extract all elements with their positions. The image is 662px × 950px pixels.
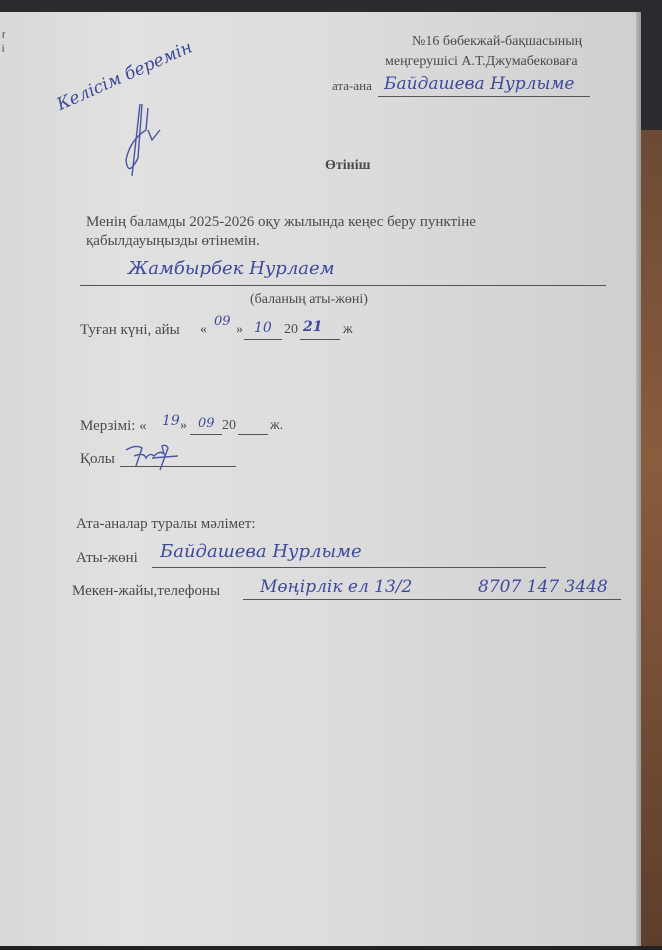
child-name-line: [80, 285, 606, 286]
background-surface: [640, 130, 662, 950]
parent-name-value: Байдашева Нурлыме: [160, 541, 362, 562]
dated-year-line: [238, 434, 268, 435]
birth-label: Туған күні, айы: [80, 322, 180, 339]
signature-label: Қолы: [80, 451, 115, 468]
dated-label: Мерзімі: «: [80, 418, 147, 435]
parent-name-handwritten: Байдашева Нурлыме: [384, 74, 574, 94]
birth-year-line: [300, 339, 340, 340]
request-line-1: Менің баламды 2025-2026 оқу жылында кеңе…: [86, 214, 476, 231]
birth-day: 09: [214, 314, 231, 329]
birth-month: 10: [254, 320, 272, 336]
dated-close-quote: »: [180, 418, 187, 434]
dated-month-line: [190, 434, 222, 435]
addressee-line-1: №16 бөбекжай-бақшасының: [412, 34, 582, 50]
birth-open-quote: «: [200, 322, 207, 338]
addressee-line-2: меңгерушісі А.Т.Джумабековаға: [385, 54, 578, 70]
edge-mark: і: [2, 44, 4, 55]
birth-year-suffix: 21: [303, 319, 322, 335]
birth-month-line: [244, 339, 282, 340]
request-line-2: қабылдауыңызды өтінемін.: [86, 233, 260, 250]
dated-day: 19: [162, 413, 180, 429]
address-label: Мекен-жайы,телефоны: [72, 583, 220, 600]
parent-signature: [122, 442, 182, 472]
parents-heading: Ата-аналар туралы мәлімет:: [76, 516, 255, 533]
birth-close-quote: »: [236, 322, 243, 338]
child-name-caption: (баланың аты-жөні): [250, 292, 368, 308]
birth-year-prefix: 20: [284, 322, 298, 338]
dated-year-unit: ж.: [270, 418, 283, 434]
parent-name-label: Аты-жөні: [76, 550, 138, 567]
phone-value: 8707 147 3448: [478, 577, 608, 597]
dated-month: 09: [198, 416, 215, 431]
resolution-signature: [118, 100, 164, 180]
parent-name-value-line: [152, 567, 546, 568]
page-edge: [636, 12, 641, 946]
child-name-handwritten: Жамбырбек Нурлаем: [128, 258, 335, 279]
dated-year-prefix: 20: [222, 418, 236, 434]
parent-name-line: [378, 96, 590, 97]
document-page: [0, 12, 641, 946]
birth-year-unit: ж: [343, 322, 353, 338]
address-value: Мөңірлік ел 13/2: [260, 577, 412, 597]
edge-mark: г: [2, 30, 6, 41]
parent-label: ата-ана: [332, 78, 372, 94]
document-title: Өтініш: [325, 158, 370, 174]
address-line: [243, 599, 621, 600]
background-strip: [0, 946, 662, 950]
